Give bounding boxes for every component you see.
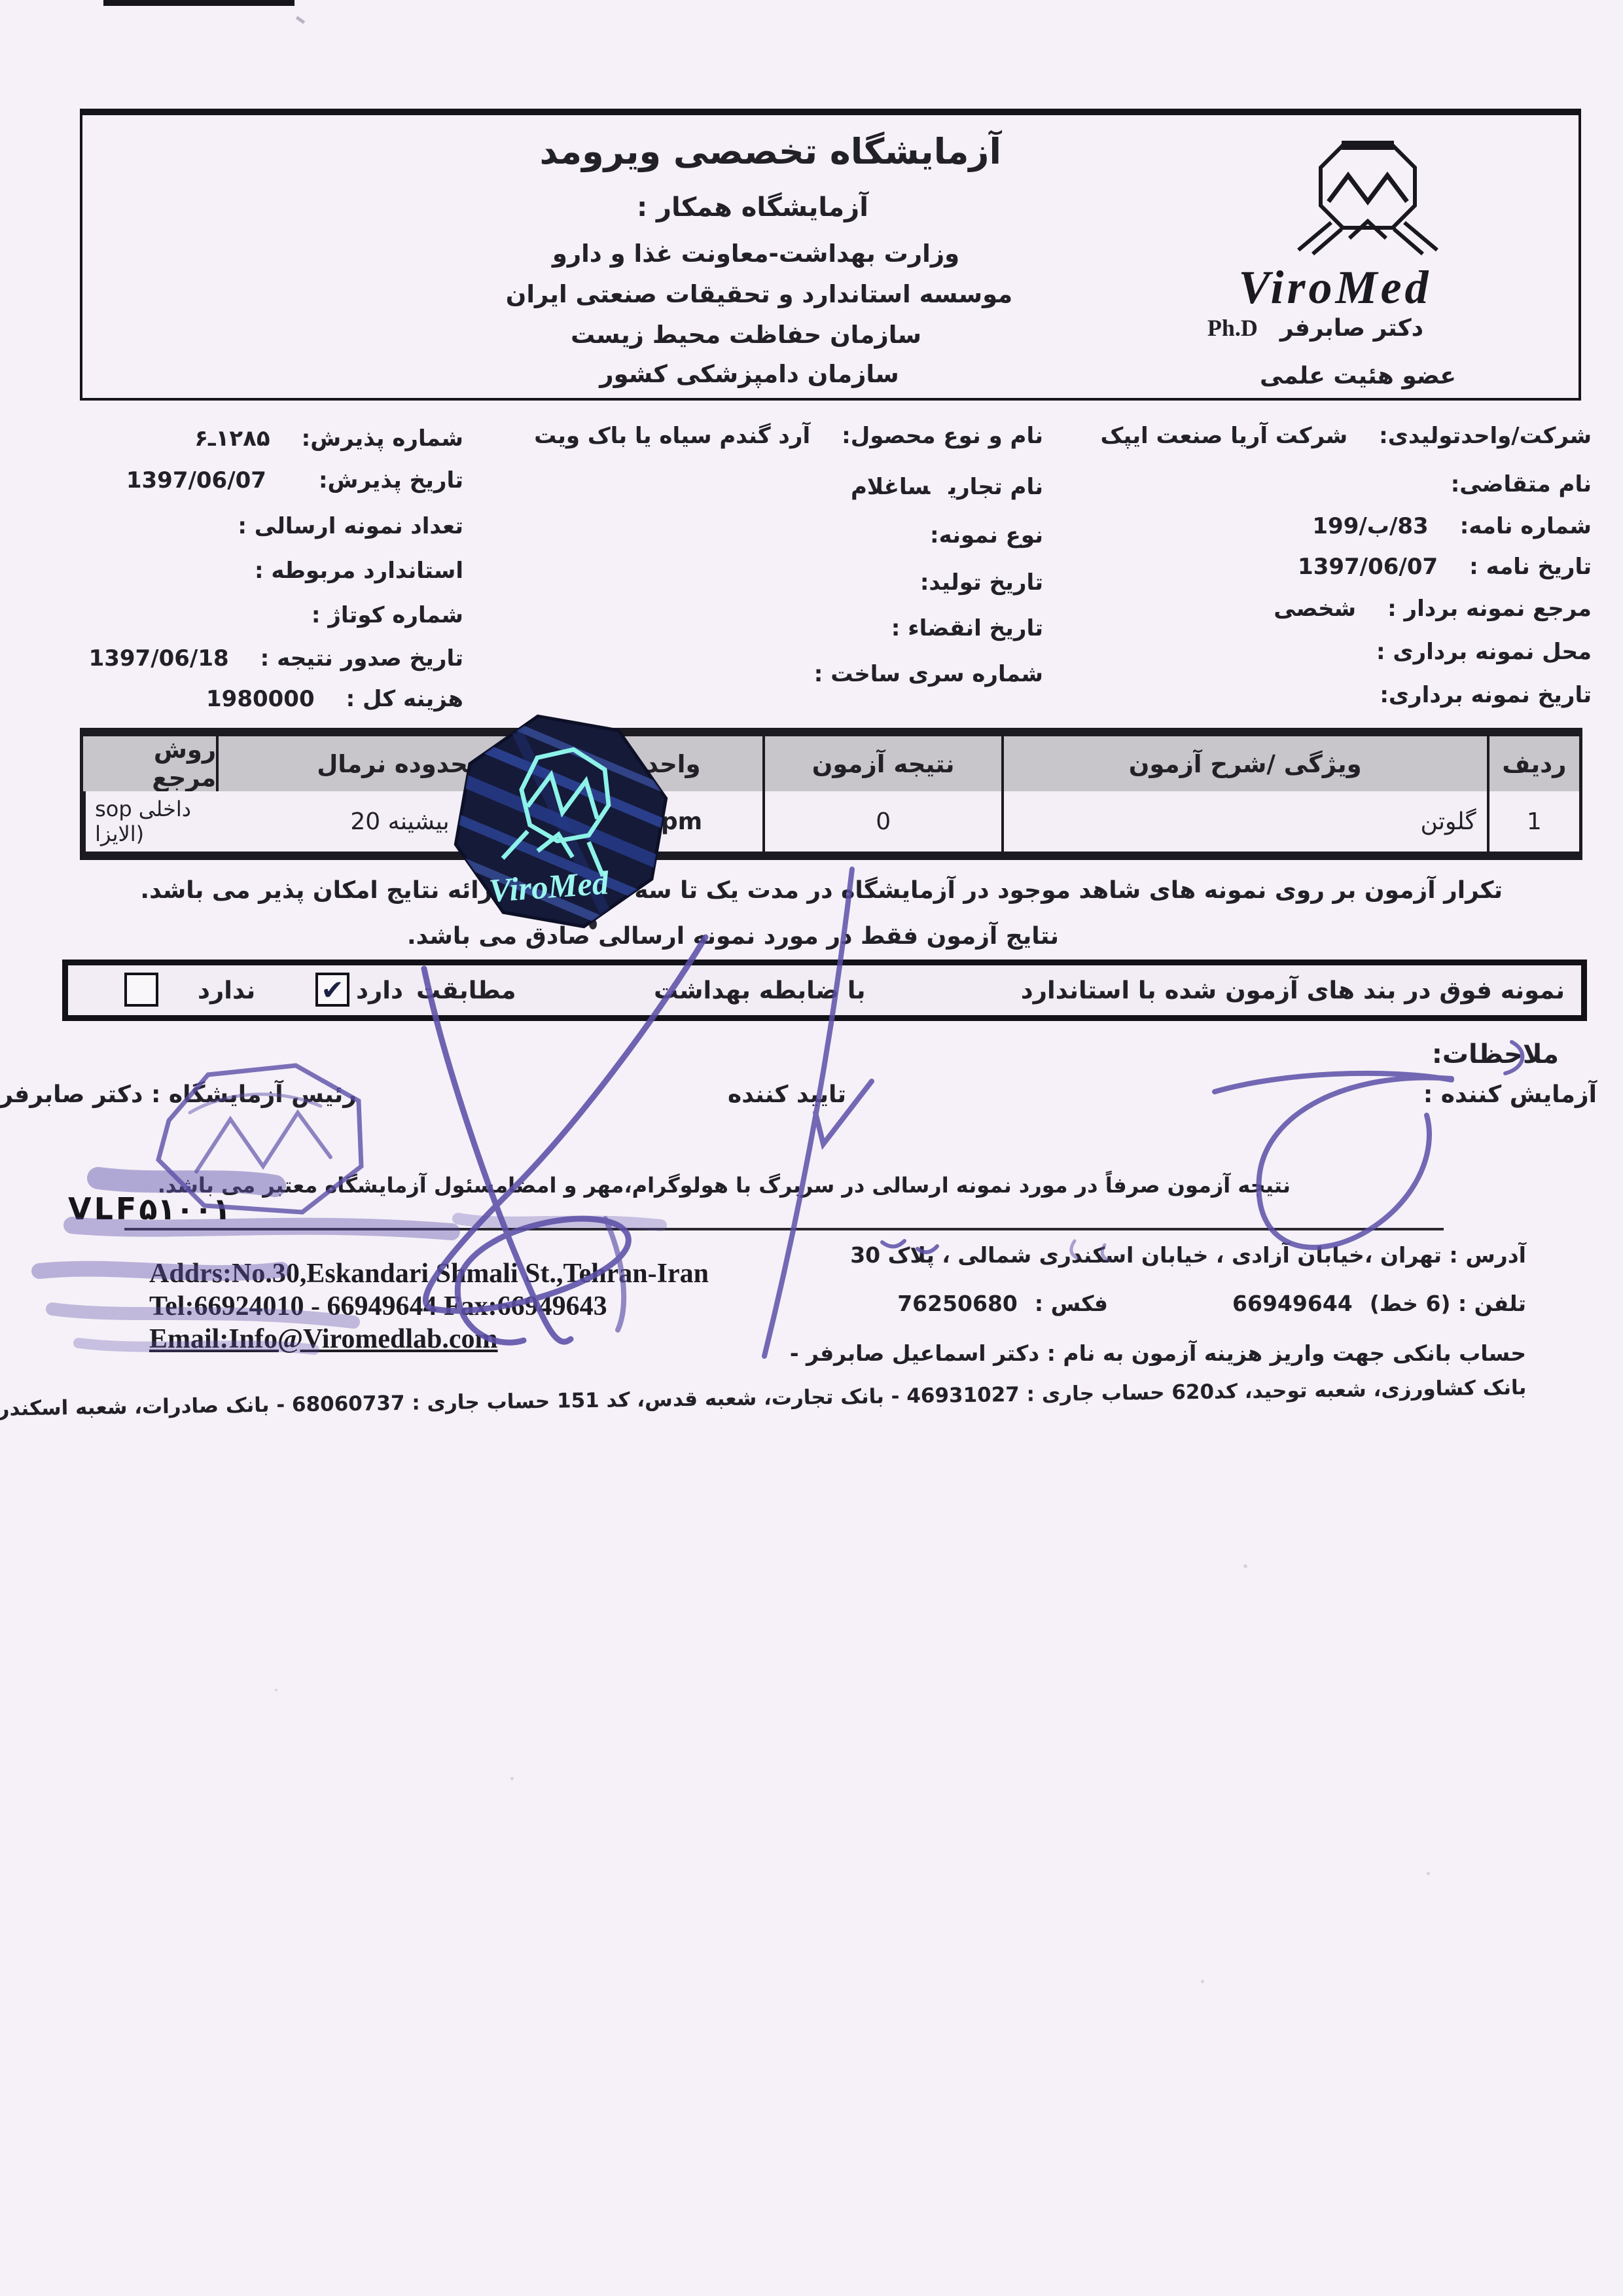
hologram-sticker: ViroMed (450, 711, 671, 932)
address-en: Addrs:No.30,Eskandari Shmali St.,Tehran-… (149, 1258, 709, 1289)
field-total-cost: هزینه کل :1980000 (206, 686, 463, 712)
field-batch-number: شماره سری ساخت : (783, 661, 1043, 687)
results-table-row: 1 گلوتن 0 ppm بیشینه 20 sop داخلی (الایز… (83, 791, 1579, 852)
field-admission-date: تاریخ پذیرش:1397/06/07 (126, 467, 463, 493)
scan-speck (510, 1777, 514, 1780)
tester-label: آزمایش کننده : (1423, 1081, 1597, 1108)
col-header-test: ویژگی /شرح آزمون (1004, 736, 1489, 791)
brand-wordmark: ViroMed (1185, 260, 1486, 315)
field-production-date: تاریخ تولید: (889, 569, 1043, 596)
conformity-bar: نمونه فوق در بند های آزمون شده با استاند… (62, 960, 1587, 1021)
field-result-issue-date: تاریخ صدور نتیجه :1397/06/18 (89, 645, 463, 672)
fax-number: 76250680 (897, 1291, 1018, 1316)
col-header-result: نتیجه آزمون (765, 736, 1003, 791)
col-header-method: روش مرجع (83, 736, 219, 791)
scan-speck (275, 1689, 277, 1691)
lab-head-label: رئیس آزمایشگاه : دکتر صابرفر (0, 1081, 357, 1108)
approver-label: تایید کننده (728, 1081, 846, 1108)
doctor-degree: Ph.D (1207, 315, 1258, 341)
scan-speck (1243, 1564, 1247, 1568)
viromed-logo-icon (1263, 139, 1472, 257)
cell-method: sop داخلی (الایزا (83, 791, 219, 852)
note-repeat-policy: تکرار آزمون بر روی نمونه های شاهد موجود … (140, 877, 1503, 904)
doctor-name: دکتر صابرفر (1280, 315, 1423, 342)
security-code: VLF۵۱۰۰۱ (68, 1191, 231, 1227)
scan-speck (1201, 1980, 1204, 1983)
field-sample-type: نوع نمونه: (899, 522, 1043, 548)
lab-title: آزمایشگاه تخصصی ویرومد (654, 131, 1001, 172)
field-letter-number: شماره نامه:83/ب/199 (1312, 513, 1592, 539)
bank-accounts-line: بانک کشاورزی، شعبه توحید، کد620 حساب جار… (0, 1376, 1526, 1426)
partner-lab-label: آزمایشگاه همکار : (556, 192, 949, 223)
cell-test-name: گلوتن (1004, 791, 1489, 852)
phone-fax-line: تلفن : (6 خط)66949644فکس :76250680 (897, 1291, 1526, 1316)
conformity-yes-label: دارد (356, 977, 403, 1005)
field-expiry-date: تاریخ انقضاء : (860, 615, 1043, 641)
field-sampling-place: محل نمونه برداری : (1345, 639, 1592, 665)
validity-note: نتیجه آزمون صرفاً در مورد نمونه ارسالی د… (158, 1173, 1291, 1198)
scan-speck (296, 16, 305, 24)
check-icon: ✔ (321, 974, 344, 1006)
fax-label: فکس : (1035, 1291, 1108, 1316)
field-letter-date: تاریخ نامه :1397/06/07 (1298, 554, 1592, 580)
email-en: Email:Info@Viromedlab.com (149, 1323, 498, 1355)
scan-speck (1427, 1872, 1430, 1875)
footer-separator-line (124, 1228, 1444, 1230)
field-sampling-authority: مرجع نمونه بردار :شخصی (1274, 596, 1592, 622)
conformity-no-label: ندارد (198, 977, 255, 1005)
scanned-lab-report: آزمایشگاه تخصصی ویرومد آزمایشگاه همکار :… (0, 0, 1623, 2296)
conformity-statement: نمونه فوق در بند های آزمون شده با استاند… (1021, 977, 1565, 1005)
results-table-header: ردیف ویژگی /شرح آزمون نتیجه آزمون واحد م… (83, 736, 1579, 791)
field-applicant: نام متقاضی: (1419, 471, 1592, 497)
scan-edge-line (103, 0, 294, 6)
remarks-label: ملاحظات: (1432, 1039, 1559, 1069)
faculty-membership: عضو هئیت علمی (1224, 363, 1492, 389)
conformity-yes-checkbox: ✔ (315, 973, 349, 1007)
bank-account-owner-line: حساب بانکی جهت واریز هزینه آزمون به نام … (790, 1340, 1526, 1366)
conformity-health: با ضابطه بهداشت (654, 977, 866, 1005)
field-product-name: نام و نوع محصول:آرد گندم سیاه یا باک ویت (534, 423, 1043, 449)
field-related-standard: استاندارد مربوطه : (223, 558, 463, 584)
conformity-label: مطابقت (416, 977, 516, 1005)
field-trade-name: نام تجاریساغلام (851, 474, 1043, 500)
results-table: ردیف ویژگی /شرح آزمون نتیجه آزمون واحد م… (80, 728, 1582, 860)
telfax-en: Tel:66924010 - 66949644 Fax:66949643 (149, 1291, 607, 1322)
field-producer: شرکت/واحدتولیدی:شرکت آریا صنعت ایپک (1101, 423, 1592, 449)
org-standards-institute: موسسه استاندارد و تحقیقات صنعتی ایران (497, 280, 1021, 308)
cell-row-number: 1 (1489, 791, 1579, 852)
org-environment: سازمان حفاظت محیط زیست (556, 321, 936, 349)
conformity-no-checkbox (124, 973, 158, 1007)
field-samples-count: تعداد نمونه ارسالی : (206, 513, 463, 539)
phone-label: تلفن : (6 خط) (1370, 1291, 1526, 1316)
field-sampling-date: تاریخ نمونه برداری: (1348, 682, 1592, 708)
phone-number: 66949644 (1232, 1291, 1353, 1316)
field-cotage-number: شماره کوتاژ : (280, 602, 463, 628)
doctor-name-line: دکتر صابرفرPh.D (1178, 314, 1453, 342)
tester-signature (1215, 1042, 1522, 1247)
address-fa: آدرس : تهران ،خیابان آزادی ، خیابان اسکن… (850, 1242, 1526, 1268)
org-veterinary: سازمان دامپزشکی کشور (589, 360, 910, 388)
org-ministry-health: وزارت بهداشت-معاونت غذا و دارو (524, 240, 988, 268)
col-header-row: ردیف (1489, 736, 1579, 791)
cell-result: 0 (765, 791, 1003, 852)
field-admission-number: شماره پذیرش:۱۲۸۵ـ۶ (194, 425, 463, 452)
